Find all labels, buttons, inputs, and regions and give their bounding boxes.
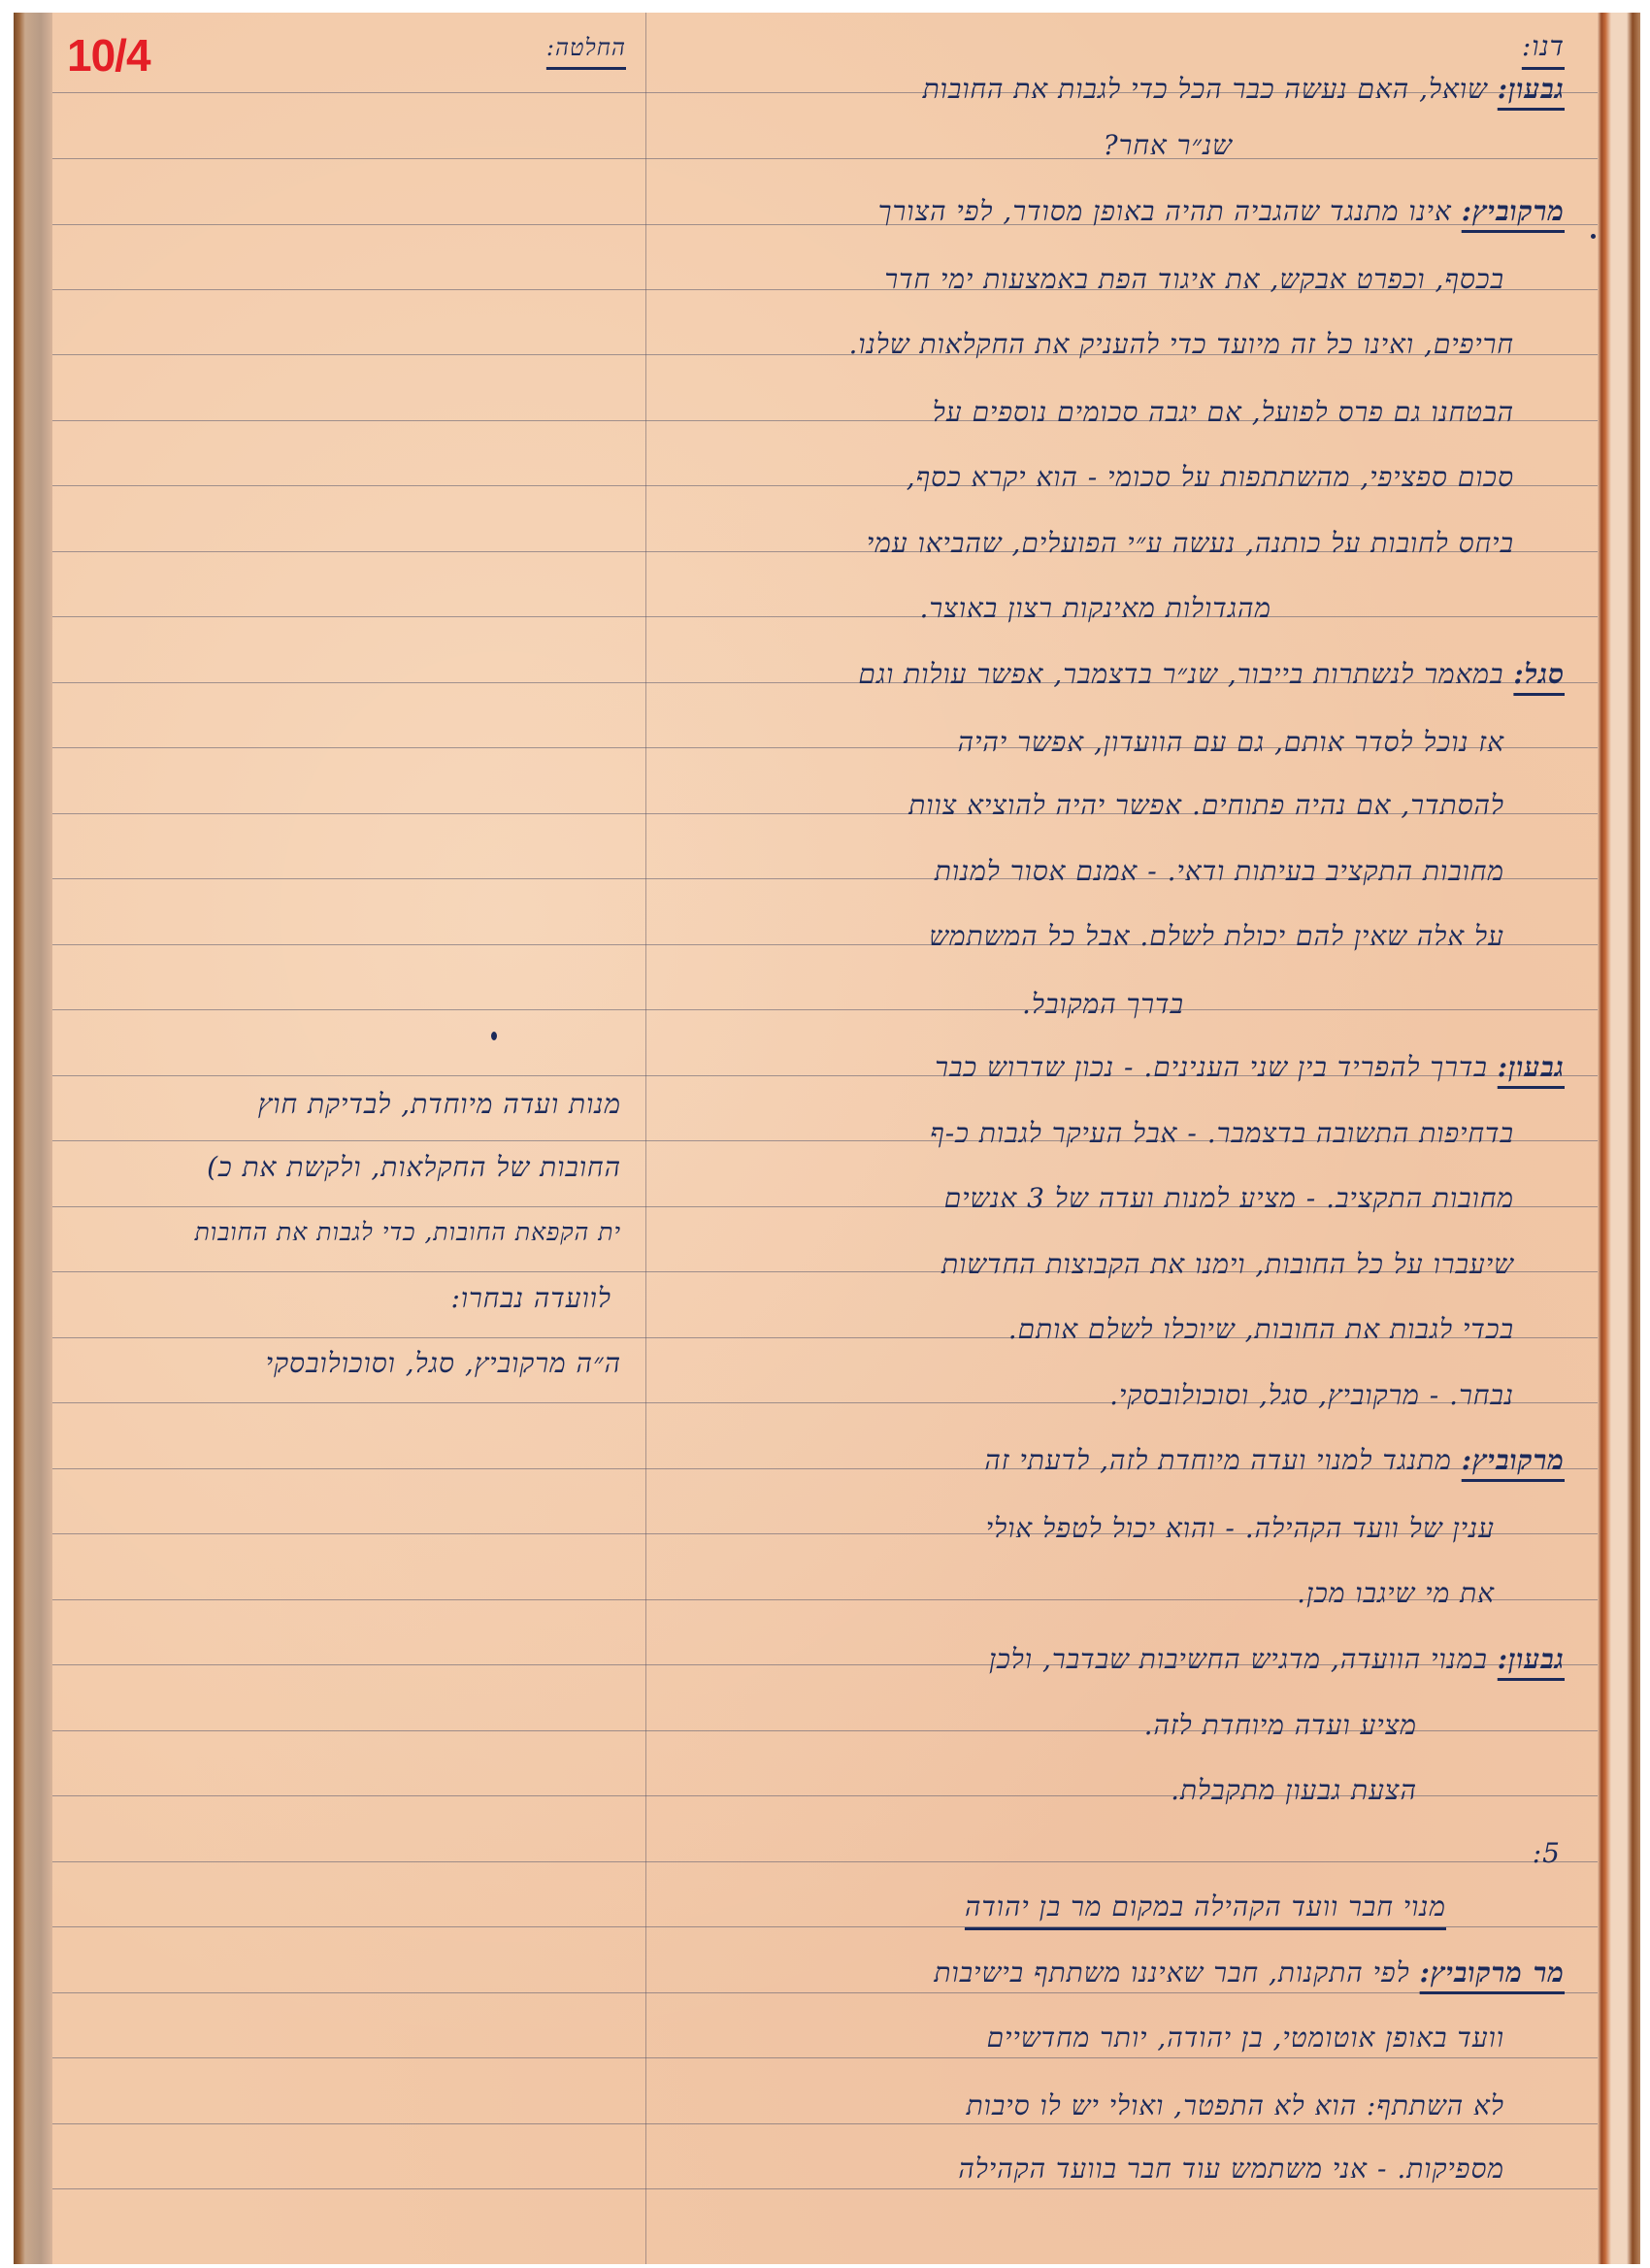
decision-line: ה״ה מרקוביץ, סגל, וסוכולובסקי — [266, 1347, 621, 1380]
minutes-line: מרקוביץ: אינו מתנגד שהגביה תהיה באופן מס… — [878, 195, 1565, 228]
minutes-line: על אלה שאין להם יכולת לשלם. אבל כל המשתמ… — [929, 920, 1504, 953]
minutes-line: בדרך המקובל. — [1022, 988, 1184, 1021]
speaker-name: גבעון: — [1498, 1051, 1565, 1083]
decision-line: לוועדה נבחרו: — [450, 1282, 611, 1315]
minutes-line: מר מרקוביץ: לפי התקנות, חבר שאיננו משתתף… — [934, 1956, 1565, 1989]
minutes-line: מציע ועדה מיוחדת לזה. — [1144, 1709, 1417, 1742]
minutes-line: סכום ספציפי, מהשתתפות על סכומי - הוא יקר… — [907, 461, 1514, 494]
discussion-header: דנו: — [1522, 30, 1565, 63]
speaker-name: גבעון: — [1498, 73, 1565, 105]
minutes-line: גבעון: במנוי הוועדה, מדגיש החשיבות שבדבר… — [989, 1643, 1565, 1676]
speaker-name: סגל: — [1513, 658, 1565, 690]
minutes-line: שנ״ר אחר? — [1104, 129, 1233, 162]
right-binding-edge — [1598, 13, 1640, 2264]
decision-line: ית הקפאת החובות, כדי לגבות את החובות — [195, 1218, 621, 1247]
ink-speck — [491, 1032, 497, 1040]
minutes-line: אז נוכל לסדר אותם, גם עם הוועדון, אפשר י… — [958, 726, 1504, 759]
minutes-line: בכדי לגבות את החובות, שיוכלו לשלם אותם. — [1008, 1313, 1514, 1346]
minutes-line: הבטחנו גם פרס לפועל, אם יגבה סכומים נוספ… — [933, 396, 1514, 429]
minutes-line: מהגדולות מאינקות רצון באוצר. — [920, 592, 1271, 625]
minutes-line: מחובות התקציב. - מציע למנות ועדה של 3 אנ… — [944, 1182, 1514, 1215]
minutes-line: ענין של וועד הקהילה. - והוא יכול לטפל או… — [986, 1512, 1495, 1545]
minutes-line: גבעון: בדרך להפריד בין שני הענינים. - נכ… — [935, 1051, 1565, 1084]
minutes-line: חריפים, ואינו כל זה מיועד כדי להעניק את … — [849, 328, 1514, 361]
speaker-name: מרקוביץ: — [1462, 195, 1565, 227]
ruled-line — [52, 1926, 1598, 1927]
minutes-line: להסתדר, אם נהיה פתוחים. אפשר יהיה להוציא… — [908, 789, 1504, 822]
ruled-line — [52, 2188, 1598, 2189]
ruled-line — [52, 1992, 1598, 1993]
date-stamp: 10/4 — [67, 29, 150, 82]
ink-speck — [1591, 234, 1596, 239]
ruled-line — [52, 2057, 1598, 2058]
minutes-line: מספיקות. - אני משתמש עוד חבר בוועד הקהיל… — [958, 2153, 1504, 2186]
minutes-line: שיעברו על כל החובות, וימנו את הקבוצות הח… — [941, 1248, 1514, 1281]
minutes-line: בדחיפות התשובה בדצמבר. - אבל העיקר לגבות… — [930, 1117, 1514, 1150]
item-number: 5: — [1533, 1837, 1561, 1869]
ruled-line — [52, 616, 1598, 617]
minutes-line: לא השתתף: הוא לא התפטר, ואולי יש לו סיבו… — [967, 2089, 1504, 2122]
ruled-line — [52, 1861, 1598, 1862]
minutes-line: סגל: במאמר לנשתרות בייבור, שנ״ר בדצמבר, … — [858, 658, 1565, 691]
minutes-line: ביחס לחובות על כותנה, נעשה ע״י הפועלים, … — [867, 527, 1514, 560]
minutes-line: גבעון: שואל, האם נעשה כבר הכל כדי לגבות … — [923, 73, 1565, 106]
minutes-line: מרקוביץ: מתנגד למנוי ועדה מיוחדת לזה, לד… — [984, 1444, 1565, 1477]
speaker-name: מרקוביץ: — [1462, 1444, 1565, 1476]
minutes-line: הצעת גבעון מתקבלת. — [1171, 1774, 1417, 1807]
minutes-line: מחובות התקציב בעיתות ודאי. - אמנם אסור ל… — [935, 855, 1504, 888]
ruled-line — [52, 2123, 1598, 2124]
minutes-line: בכסף, וכפרט אבקש, את איגוד הפת באמצעות י… — [884, 263, 1504, 296]
speaker-name: מר מרקוביץ: — [1420, 1956, 1565, 1989]
notebook-page: 10/4 החלטה: מנות ועדה מיוחדת, לבדיקת חוץ… — [14, 13, 1640, 2264]
minutes-line: את מי שיגבו מכן. — [1297, 1577, 1495, 1610]
section-title: מנוי חבר וועד הקהילה במקום מר בן יהודה — [965, 1890, 1446, 1923]
minutes-line: וועד באופן אוטומטי, בן יהודה, יותר מחדשי… — [987, 2021, 1504, 2054]
ruled-line — [52, 1009, 1598, 1010]
speaker-name: גבעון: — [1498, 1643, 1565, 1675]
ruled-line — [52, 158, 1598, 159]
minutes-line: נבחר. - מרקוביץ, סגל, וסוכולובסקי. — [1109, 1379, 1514, 1412]
decision-line: החובות של החקלאות, ולקשת את כ) — [207, 1151, 621, 1184]
decision-line: מנות ועדה מיוחדת, לבדיקת חוץ — [258, 1088, 621, 1121]
left-binding-edge — [14, 13, 52, 2264]
decision-header: החלטה: — [546, 34, 626, 62]
